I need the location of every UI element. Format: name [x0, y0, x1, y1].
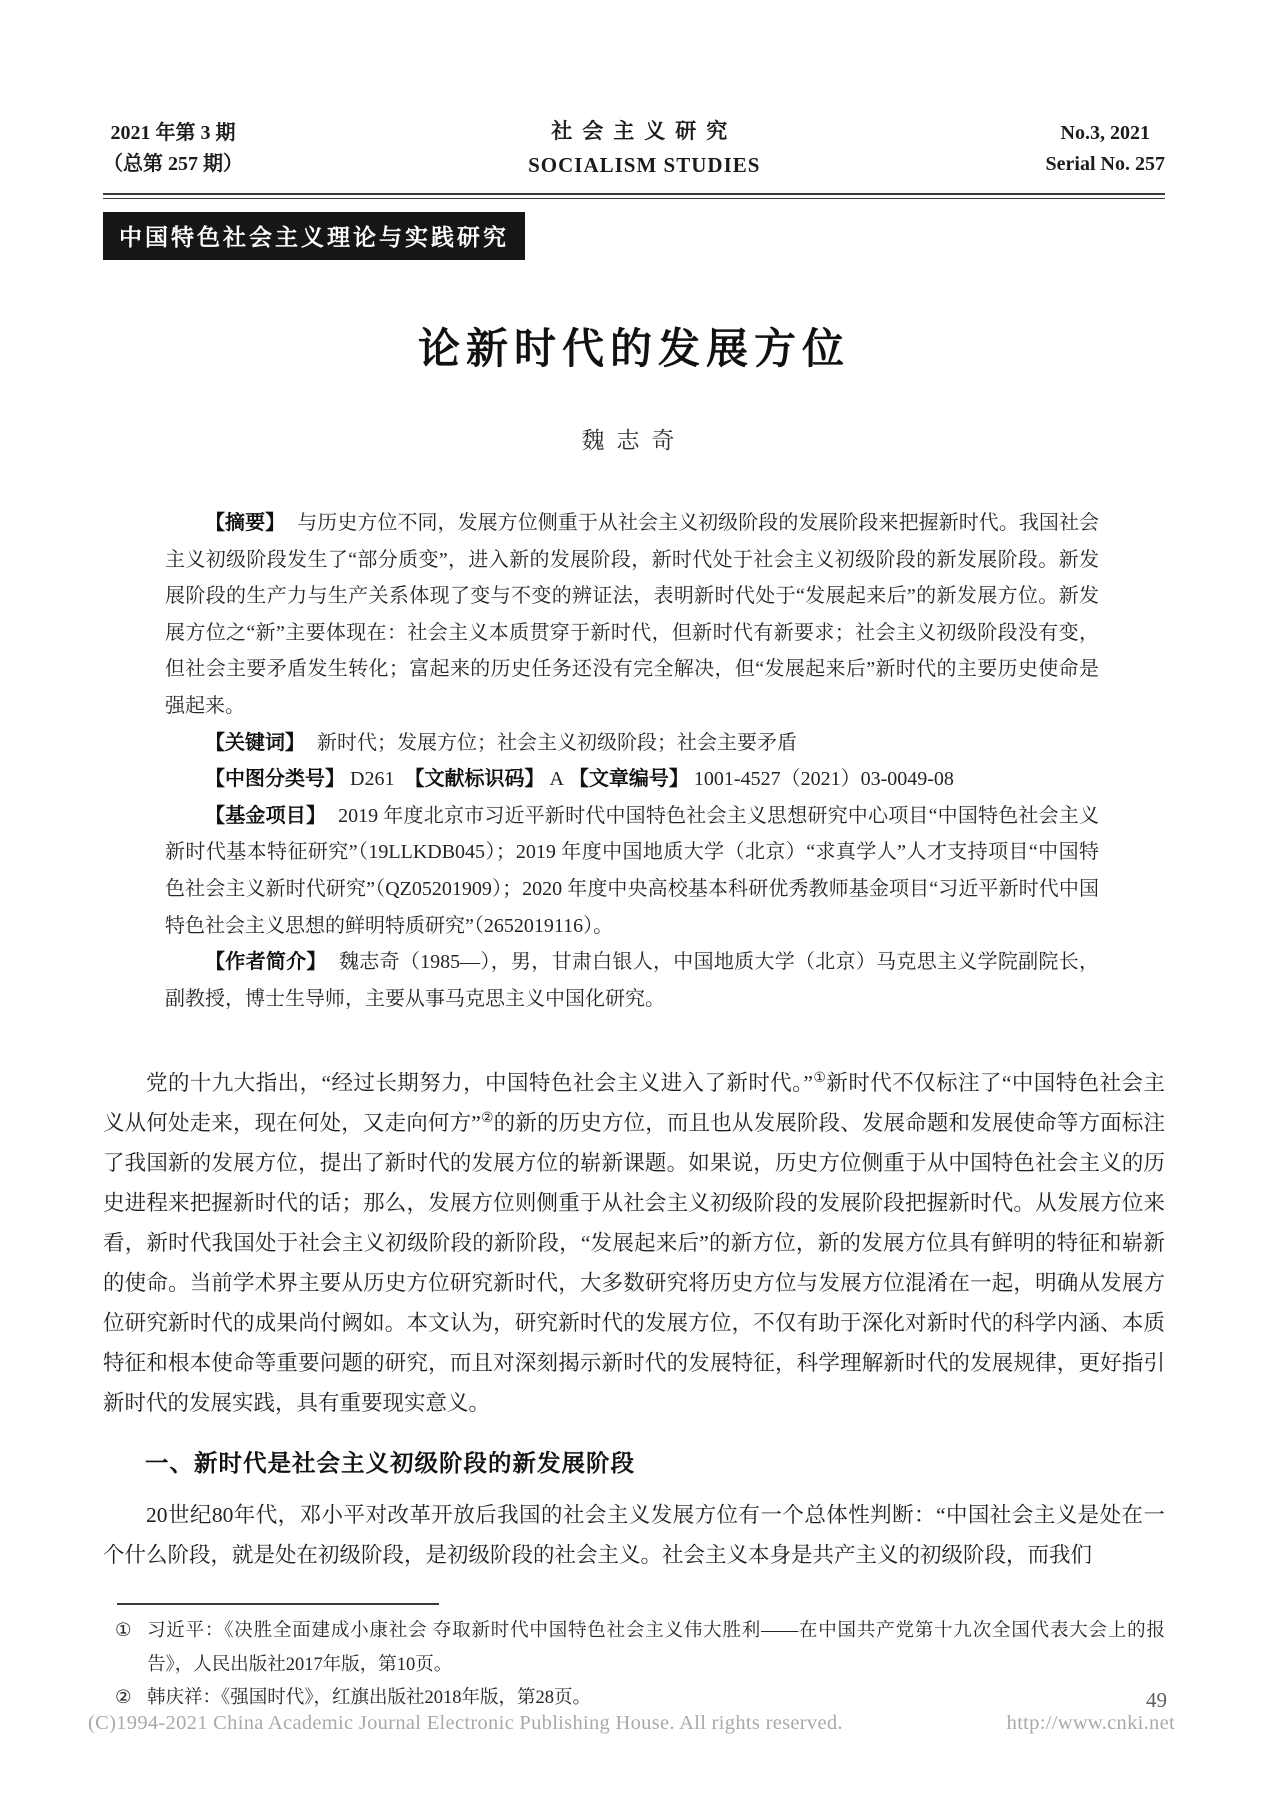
abstract-label: 【摘要】 — [205, 512, 285, 534]
article-no-value: 1001-4527（2021）03-0049-08 — [694, 768, 954, 790]
fund-paragraph: 【基金项目】2019 年度北京市习近平新时代中国特色社会主义思想研究中心项目“中… — [165, 798, 1099, 944]
category-badge: 中国特色社会主义理论与实践研究 — [103, 212, 525, 260]
footnote-2-marker: ② — [115, 1682, 132, 1716]
footnote-1: ①习近平：《决胜全面建成小康社会 夺取新时代中国特色社会主义伟大胜利——在中国共… — [103, 1615, 1165, 1682]
keywords-text: 新时代；发展方位；社会主义初级阶段；社会主要矛盾 — [317, 732, 797, 754]
author-bio-label: 【作者简介】 — [205, 951, 327, 973]
journal-name-en: SOCIALISM STUDIES — [528, 149, 760, 182]
article-no-label: 【文章编号】 — [569, 768, 689, 790]
cnki-url: http://www.cnki.net — [1007, 1712, 1175, 1735]
body-paragraph-1: 党的十九大指出，“经过长期努力，中国特色社会主义进入了新时代。”①新时代不仅标注… — [103, 1063, 1165, 1423]
serial-number-en: Serial No. 257 — [1046, 149, 1165, 180]
keywords-paragraph: 【关键词】新时代；发展方位；社会主义初级阶段；社会主要矛盾 — [165, 725, 1099, 762]
issue-number-cn: 2021 年第 3 期 — [103, 118, 243, 149]
journal-page: 2021 年第 3 期 （总第 257 期） 社会主义研究 SOCIALISM … — [0, 0, 1267, 1793]
header-journal-name: 社会主义研究 SOCIALISM STUDIES — [528, 116, 760, 181]
header-issue-en: No.3, 2021 Serial No. 257 — [1046, 118, 1165, 180]
classification-paragraph: 【中图分类号】 D261 【文献标识码】 A 【文章编号】 1001-4527（… — [165, 761, 1099, 798]
journal-header: 2021 年第 3 期 （总第 257 期） 社会主义研究 SOCIALISM … — [103, 116, 1165, 181]
page-footer: (C)1994-2021 China Academic Journal Elec… — [88, 1712, 1175, 1735]
footnote-1-marker: ① — [115, 1615, 132, 1649]
doc-code-label: 【文献标识码】 — [404, 768, 544, 790]
article-body: 党的十九大指出，“经过长期努力，中国特色社会主义进入了新时代。”①新时代不仅标注… — [103, 1063, 1165, 1575]
page-content: 2021 年第 3 期 （总第 257 期） 社会主义研究 SOCIALISM … — [103, 0, 1165, 1716]
keywords-label: 【关键词】 — [205, 732, 305, 754]
page-number: 49 — [1146, 1688, 1167, 1713]
serial-number-cn: （总第 257 期） — [103, 149, 243, 180]
footnote-ref-1: ① — [813, 1071, 826, 1086]
doc-code-value: A — [549, 768, 563, 790]
footnotes: ①习近平：《决胜全面建成小康社会 夺取新时代中国特色社会主义伟大胜利——在中国共… — [103, 1615, 1165, 1716]
header-divider — [103, 193, 1165, 199]
abstract-text: 与历史方位不同，发展方位侧重于从社会主义初级阶段的发展阶段来把握新时代。我国社会… — [165, 512, 1099, 717]
article-author: 魏志奇 — [103, 422, 1165, 455]
header-issue-cn: 2021 年第 3 期 （总第 257 期） — [103, 118, 243, 180]
body-p1-part3: 的新的历史方位，而且也从发展阶段、发展命题和发展使命等方面标注了我国新的发展方位… — [103, 1111, 1165, 1415]
footnote-1-text: 习近平：《决胜全面建成小康社会 夺取新时代中国特色社会主义伟大胜利——在中国共产… — [147, 1621, 1165, 1675]
clc-value: D261 — [350, 768, 394, 790]
section-1-paragraph-1: 20世纪80年代，邓小平对改革开放后我国的社会主义发展方位有一个总体性判断：“中… — [103, 1495, 1165, 1575]
abstract-paragraph: 【摘要】与历史方位不同，发展方位侧重于从社会主义初级阶段的发展阶段来把握新时代。… — [165, 505, 1099, 725]
copyright-notice: (C)1994-2021 China Academic Journal Elec… — [88, 1712, 843, 1735]
footnote-ref-2: ② — [481, 1111, 494, 1126]
article-title: 论新时代的发展方位 — [103, 316, 1165, 376]
footnote-divider — [117, 1603, 439, 1605]
footnote-2: ②韩庆祥：《强国时代》，红旗出版社2018年版，第28页。 — [103, 1682, 1165, 1716]
issue-number-en: No.3, 2021 — [1046, 118, 1165, 149]
journal-name-cn: 社会主义研究 — [528, 116, 760, 149]
section-1-heading: 一、新时代是社会主义初级阶段的新发展阶段 — [103, 1443, 1165, 1483]
body-p1-part1: 党的十九大指出，“经过长期努力，中国特色社会主义进入了新时代。” — [146, 1071, 813, 1095]
footnote-2-text: 韩庆祥：《强国时代》，红旗出版社2018年版，第28页。 — [147, 1688, 591, 1708]
clc-label: 【中图分类号】 — [205, 768, 345, 790]
fund-label: 【基金项目】 — [205, 805, 326, 827]
meta-block: 【摘要】与历史方位不同，发展方位侧重于从社会主义初级阶段的发展阶段来把握新时代。… — [165, 505, 1099, 1017]
author-bio-paragraph: 【作者简介】魏志奇（1985—），男，甘肃白银人，中国地质大学（北京）马克思主义… — [165, 944, 1099, 1017]
